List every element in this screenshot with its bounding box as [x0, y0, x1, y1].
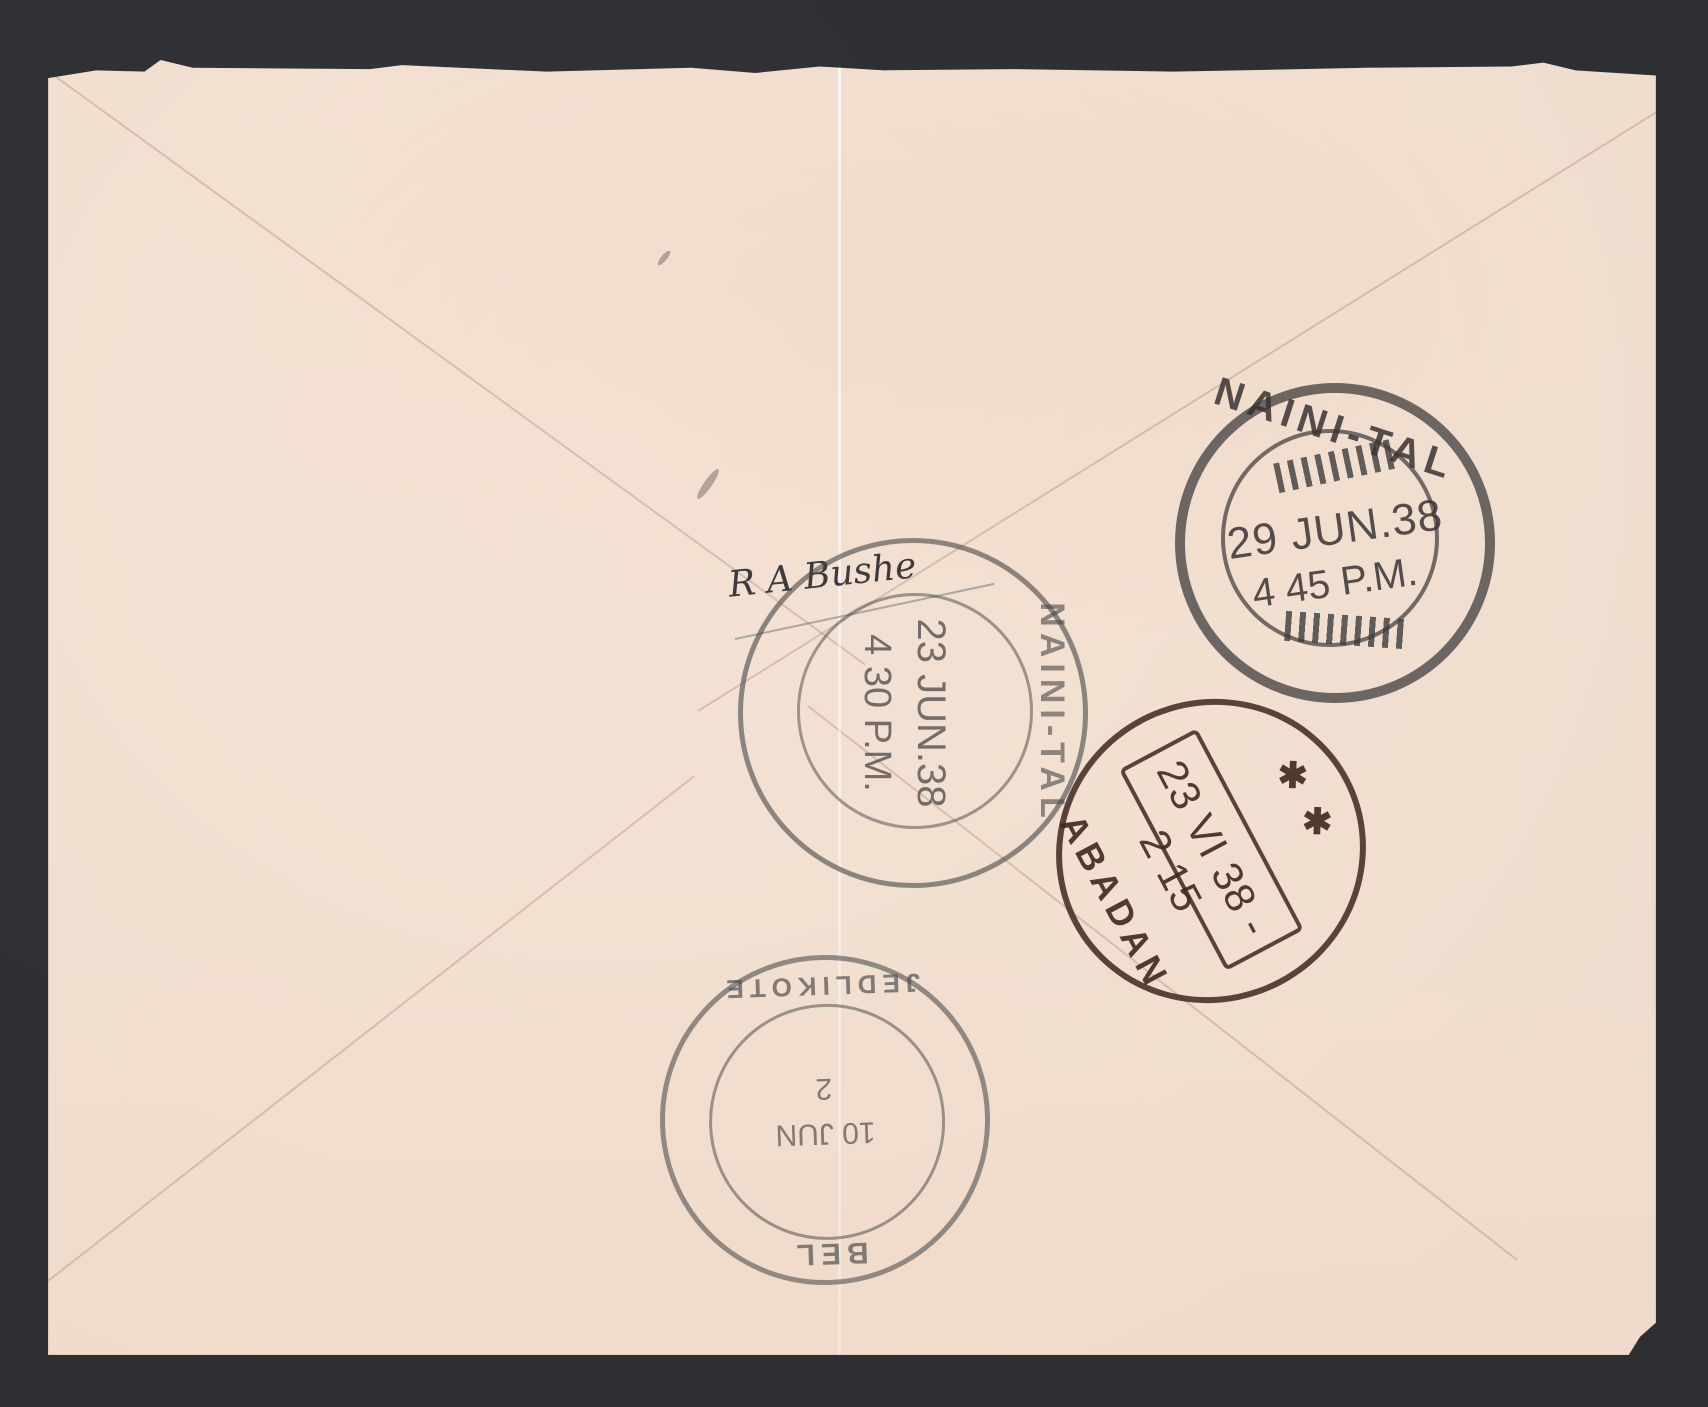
postmark-time: 4 30 P.M. — [855, 543, 898, 883]
postmark-date: 23 JUN.38 — [908, 543, 953, 883]
postmark-naini-tal-rotated: NAINI-TAL 23 JUN.38 4 30 P.M. — [738, 538, 1088, 888]
postmark-naini-tal: NAINI-TAL 29 JUN.38 4 45 P.M. — [1175, 383, 1495, 703]
